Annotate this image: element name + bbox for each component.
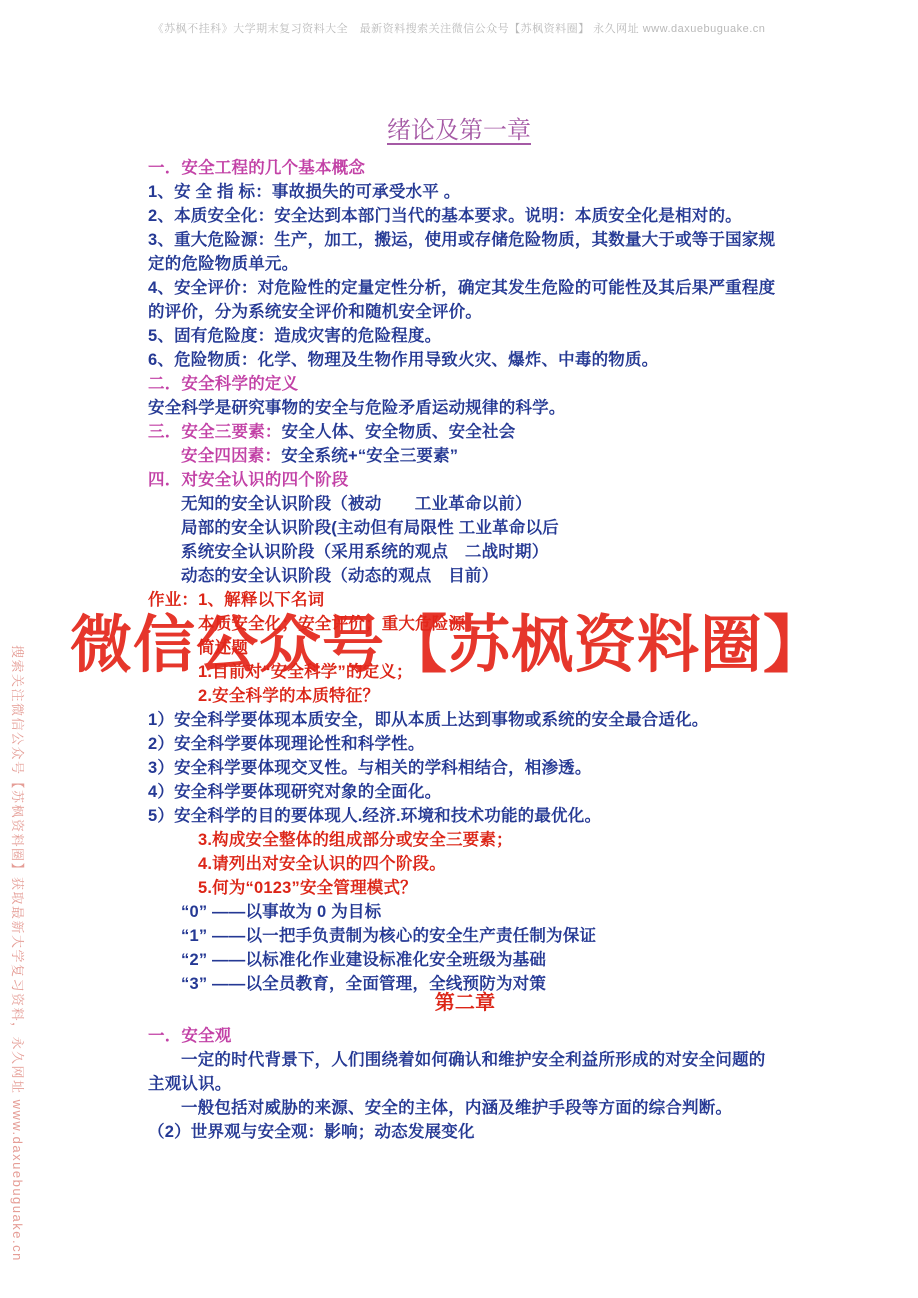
- text-segment: 简述题: [198, 639, 248, 657]
- text-line: 4、安全评价：对危险性的定量定性分析，确定其发生危险的可能性及其后果严重程度的评…: [148, 276, 782, 324]
- text-line: 5）安全科学的目的要体现人.经济.环境和技术功能的最优化。: [148, 804, 782, 828]
- text-segment: 6、危险物质：化学、物理及生物作用导致火灾、爆炸、中毒的物质。: [148, 351, 658, 369]
- text-line: 四．对安全认识的四个阶段: [148, 468, 782, 492]
- text-segment: 1、安 全 指 标：事故损失的可承受水平 。: [148, 183, 460, 201]
- text-line: （2）世界观与安全观：影响；动态发展变化: [148, 1120, 782, 1144]
- text-segment: 3）安全科学要体现交叉性。与相关的学科相结合，相渗透。: [148, 759, 592, 777]
- text-segment: 一．安全观: [148, 1027, 232, 1045]
- text-line: 三．安全三要素：安全人体、安全物质、安全社会: [148, 420, 782, 444]
- text-segment: 动态的安全认识阶段（动态的观点 目前）: [181, 567, 498, 585]
- text-line: 一．安全观: [148, 1024, 782, 1048]
- text-line: 安全四因素：安全系统+“安全三要素”: [148, 444, 782, 468]
- document-page: 《苏枫不挂科》大学期末复习资料大全 最新资料搜索关注微信公众号【苏枫资料圈】 永…: [0, 0, 918, 1298]
- text-line: 本质安全化；安全评价；重大危险源: [148, 612, 782, 636]
- text-line: 动态的安全认识阶段（动态的观点 目前）: [148, 564, 782, 588]
- text-segment: 一．安全工程的几个基本概念: [148, 159, 365, 177]
- text-segment: 安全科学是研究事物的安全与危险矛盾运动规律的科学。: [148, 399, 566, 417]
- text-segment: 一般包括对威胁的来源、安全的主体，内涵及维护手段等方面的综合判断。: [181, 1099, 732, 1117]
- text-segment: 5）安全科学的目的要体现人.经济.环境和技术功能的最优化。: [148, 807, 601, 825]
- text-segment: 3、重大危险源：生产，加工，搬运，使用或存储危险物质，其数量大于或等于国家规定的…: [148, 231, 775, 273]
- text-line: 4.请列出对安全认识的四个阶段。: [148, 852, 782, 876]
- text-segment: 4、安全评价：对危险性的定量定性分析，确定其发生危险的可能性及其后果严重程度的评…: [148, 279, 775, 321]
- text-segment: 4）安全科学要体现研究对象的全面化。: [148, 783, 441, 801]
- text-segment: “0” ——以事故为 0 为目标: [181, 903, 381, 921]
- text-segment: （2）世界观与安全观：影响；动态发展变化: [148, 1123, 475, 1141]
- text-segment: 4.请列出对安全认识的四个阶段。: [198, 855, 446, 873]
- text-line: 二．安全科学的定义: [148, 372, 782, 396]
- text-line: 2、本质安全化：安全达到本部门当代的基本要求。说明：本质安全化是相对的。: [148, 204, 782, 228]
- text-line: 3）安全科学要体现交叉性。与相关的学科相结合，相渗透。: [148, 756, 782, 780]
- text-line: 一．安全工程的几个基本概念: [148, 156, 782, 180]
- text-line: 局部的安全认识阶段(主动但有局限性 工业革命以后: [148, 516, 782, 540]
- text-line: “2” ——以标准化作业建设标准化安全班级为基础: [148, 948, 782, 972]
- text-segment: 无知的安全认识阶段（被动 工业革命以前）: [181, 495, 532, 513]
- text-line: 作业：1、解释以下名词: [148, 588, 782, 612]
- text-segment: 1.目前对“安全科学”的定义；: [198, 663, 413, 681]
- text-line: 一般包括对威胁的来源、安全的主体，内涵及维护手段等方面的综合判断。: [148, 1096, 782, 1120]
- page-title: 绪论及第一章: [0, 110, 918, 145]
- text-line: 1、安 全 指 标：事故损失的可承受水平 。: [148, 180, 782, 204]
- text-segment: “1” ——以一把手负责制为核心的安全生产责任制为保证: [181, 927, 596, 945]
- text-segment: 三．安全三要素：: [148, 423, 282, 441]
- text-line: 2.安全科学的本质特征？: [148, 684, 782, 708]
- text-line: 6、危险物质：化学、物理及生物作用导致火灾、爆炸、中毒的物质。: [148, 348, 782, 372]
- text-line: 3.构成安全整体的组成部分或安全三要素；: [148, 828, 782, 852]
- text-segment: 5.何为“0123”安全管理模式？: [198, 879, 417, 897]
- text-line: “0” ——以事故为 0 为目标: [148, 900, 782, 924]
- text-segment: 2）安全科学要体现理论性和科学性。: [148, 735, 425, 753]
- text-line: 5.何为“0123”安全管理模式？: [148, 876, 782, 900]
- text-line: 一定的时代背景下，人们围绕着如何确认和维护安全利益所形成的对安全问题的主观认识。: [148, 1048, 782, 1096]
- text-line: 1.目前对“安全科学”的定义；: [148, 660, 782, 684]
- text-line: 简述题: [148, 636, 782, 660]
- text-segment: 局部的安全认识阶段(主动但有局限性 工业革命以后: [181, 519, 559, 537]
- text-line: 系统安全认识阶段（采用系统的观点 二战时期）: [148, 540, 782, 564]
- document-body: 一．安全工程的几个基本概念1、安 全 指 标：事故损失的可承受水平 。2、本质安…: [148, 156, 782, 1144]
- text-line: 无知的安全认识阶段（被动 工业革命以前）: [148, 492, 782, 516]
- vertical-watermark: 搜索关注微信公众号【苏枫资料圈】获取最新大学复习资料，永久网址 www.daxu…: [9, 645, 28, 1262]
- text-line: 2）安全科学要体现理论性和科学性。: [148, 732, 782, 756]
- text-segment: 第二章: [435, 992, 496, 1014]
- text-segment: 安全系统+“安全三要素”: [281, 447, 458, 465]
- text-segment: 一定的时代背景下，人们围绕着如何确认和维护安全利益所形成的对安全问题的主观认识。: [148, 1051, 766, 1093]
- text-segment: 2、本质安全化：安全达到本部门当代的基本要求。说明：本质安全化是相对的。: [148, 207, 742, 225]
- text-segment: 1）安全科学要体现本质安全，即从本质上达到事物或系统的安全最合适化。: [148, 711, 708, 729]
- text-segment: 系统安全认识阶段（采用系统的观点 二战时期）: [181, 543, 548, 561]
- page-title-text: 绪论及第一章: [387, 118, 531, 144]
- header-notice: 《苏枫不挂科》大学期末复习资料大全 最新资料搜索关注微信公众号【苏枫资料圈】 永…: [0, 20, 918, 36]
- text-line: 3、重大危险源：生产，加工，搬运，使用或存储危险物质，其数量大于或等于国家规定的…: [148, 228, 782, 276]
- text-segment: 安全四因素：: [181, 447, 281, 465]
- text-line: 1）安全科学要体现本质安全，即从本质上达到事物或系统的安全最合适化。: [148, 708, 782, 732]
- text-line: “1” ——以一把手负责制为核心的安全生产责任制为保证: [148, 924, 782, 948]
- text-segment: 本质安全化；安全评价；重大危险源: [198, 615, 465, 633]
- text-segment: 四．对安全认识的四个阶段: [148, 471, 348, 489]
- text-segment: 二．安全科学的定义: [148, 375, 298, 393]
- text-segment: 5、固有危险度：造成灾害的危险程度。: [148, 327, 441, 345]
- text-segment: 2.安全科学的本质特征？: [198, 687, 379, 705]
- text-segment: 3.构成安全整体的组成部分或安全三要素；: [198, 831, 513, 849]
- text-line: 4）安全科学要体现研究对象的全面化。: [148, 780, 782, 804]
- text-segment: 安全人体、安全物质、安全社会: [282, 423, 516, 441]
- text-segment: “2” ——以标准化作业建设标准化安全班级为基础: [181, 951, 546, 969]
- text-line: 5、固有危险度：造成灾害的危险程度。: [148, 324, 782, 348]
- text-segment: 作业：1、解释以下名词: [148, 591, 324, 609]
- text-line: 安全科学是研究事物的安全与危险矛盾运动规律的科学。: [148, 396, 782, 420]
